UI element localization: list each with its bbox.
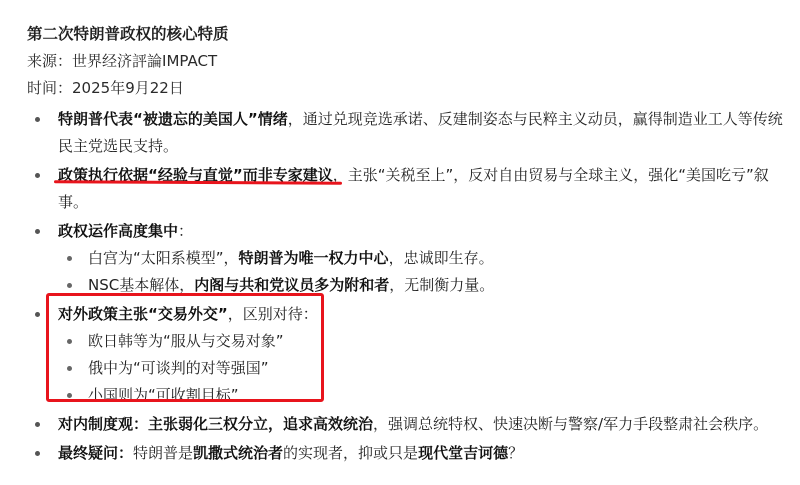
sub-bold: 特朗普为唯一权力中心 [239, 249, 389, 267]
bullet-bold: 现代堂吉诃德 [418, 444, 508, 462]
source-line: 来源：世界经济評論IMPACT [27, 50, 217, 71]
bullet-bold: 凯撒式统治者 [193, 444, 283, 462]
bullet-item: 最终疑问：特朗普是凯撒式统治者的实现者，抑或只是现代堂吉诃德？ [27, 440, 787, 467]
bullet-item: 政策执行依据“经验与直觉”而非专家建议，主张“关税至上”，反对自由贸易与全球主义… [27, 162, 787, 216]
source-label: 来源： [27, 52, 72, 70]
sub-bold: 内阁与共和党议员多为附和者 [194, 276, 389, 294]
sub-text: NSC基本解体， [88, 276, 194, 294]
sub-text: ，无制衡力量。 [389, 276, 494, 294]
bullet-text: ： [178, 222, 193, 240]
red-box-annotation [46, 293, 324, 402]
bullet-text: ？ [508, 444, 523, 462]
time-line: 时间：2025年9月22日 [27, 77, 184, 98]
sub-text: 白宫为“太阳系模型”， [88, 249, 239, 267]
bullet-bold: 政权运作高度集中 [58, 222, 178, 240]
bullet-text: 的实现者，抑或只是 [283, 444, 418, 462]
bullet-list: 特朗普代表“被遗忘的美国人”情绪，通过兑现竞选承诺、反建制姿态与民粹主义动员，赢… [27, 106, 787, 469]
bullet-item: 对内制度观：主张弱化三权分立，追求高效统治，强调总统特权、快速决断与警察/军力手… [27, 411, 787, 438]
sub-bullet-item: 白宫为“太阳系模型”，特朗普为唯一权力中心，忠诚即生存。 [58, 245, 787, 272]
bullet-item: 政权运作高度集中： 白宫为“太阳系模型”，特朗普为唯一权力中心，忠诚即生存。 N… [27, 218, 787, 299]
time-label: 时间： [27, 79, 72, 97]
bullet-item: 特朗普代表“被遗忘的美国人”情绪，通过兑现竞选承诺、反建制姿态与民粹主义动员，赢… [27, 106, 787, 160]
bullet-bold: 对内制度观：主张弱化三权分立，追求高效统治 [58, 415, 373, 433]
sub-bullet-list: 白宫为“太阳系模型”，特朗普为唯一权力中心，忠诚即生存。 NSC基本解体，内阁与… [58, 245, 787, 299]
bullet-bold: 特朗普代表“被遗忘的美国人”情绪 [58, 110, 288, 128]
bullet-bold: 最终疑问： [58, 444, 133, 462]
sub-text: ，忠诚即生存。 [389, 249, 494, 267]
bullet-text: ，强调总统特权、快速决断与警察/军力手段整肃社会秩序。 [373, 415, 768, 433]
bullet-text: 特朗普是 [133, 444, 193, 462]
time-value: 2025年9月22日 [72, 79, 184, 97]
document-title: 第二次特朗普政权的核心特质 [27, 22, 229, 44]
source-value: 世界经济評論IMPACT [72, 52, 217, 70]
